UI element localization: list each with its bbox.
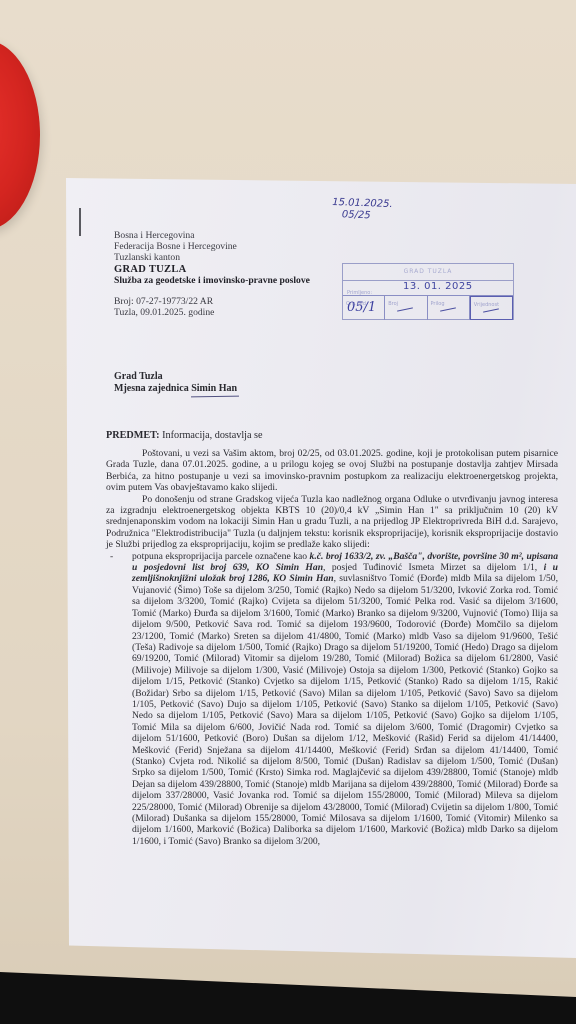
letterhead-line: Tuzlanski kanton bbox=[114, 252, 374, 263]
stamp-cell: Prilog bbox=[428, 296, 470, 320]
stamp-cell: Org. jed. 05/1 bbox=[343, 296, 385, 320]
recipient-block: Grad Tuzla Mjesna zajednica Simin Han bbox=[114, 371, 237, 395]
expropriation-list: potpuna eksproprijacija parcele označene… bbox=[106, 551, 558, 848]
list-item: potpuna eksproprijacija parcele označene… bbox=[132, 551, 558, 848]
paragraph: Poštovani, u vezi sa Vašim aktom, broj 0… bbox=[106, 448, 558, 494]
letterhead-department: Služba za geodetske i imovinsko-pravne p… bbox=[114, 275, 374, 286]
stamp-cell: Broj bbox=[385, 296, 427, 320]
handwritten-note: 15.01.2025. 05/25 bbox=[332, 197, 393, 223]
recipient-line: Mjesna zajednica Simin Han bbox=[114, 383, 237, 395]
document-number: Broj: 07-27-19773/22 AR bbox=[114, 296, 374, 307]
subject-text: Informacija, dostavlja se bbox=[160, 430, 263, 441]
letter-body: Poštovani, u vezi sa Vašim aktom, broj 0… bbox=[106, 448, 558, 847]
handwritten-number: 05/25 bbox=[332, 209, 393, 223]
paragraph: Po donošenju od strane Gradskog vijeća T… bbox=[106, 494, 558, 551]
stamp-title: GRAD TUZLA bbox=[343, 264, 513, 281]
subject-label: PREDMET: bbox=[106, 430, 160, 441]
letterhead-city: GRAD TUZLA bbox=[114, 264, 374, 275]
receipt-stamp: GRAD TUZLA Primljeno: 13. 01. 2025 Org. … bbox=[342, 263, 514, 320]
subject-line: PREDMET: Informacija, dostavlja se bbox=[106, 430, 263, 442]
letterhead-line: Federacija Bosne i Hercegovine bbox=[114, 241, 374, 252]
document-place-date: Tuzla, 09.01.2025. godine bbox=[114, 307, 374, 318]
letterhead-line: Bosna i Hercegovina bbox=[114, 230, 374, 241]
stamp-cell: Vrijednost bbox=[470, 296, 513, 320]
staple-icon bbox=[79, 208, 81, 236]
recipient-underlined-name: Simin Han bbox=[191, 383, 237, 394]
letterhead: Bosna i Hercegovina Federacija Bosne i H… bbox=[114, 230, 374, 318]
stamp-handwritten-number: 05/1 bbox=[347, 302, 376, 314]
stamp-date: 13. 01. 2025 bbox=[403, 281, 473, 293]
recipient-line: Grad Tuzla bbox=[114, 371, 237, 383]
